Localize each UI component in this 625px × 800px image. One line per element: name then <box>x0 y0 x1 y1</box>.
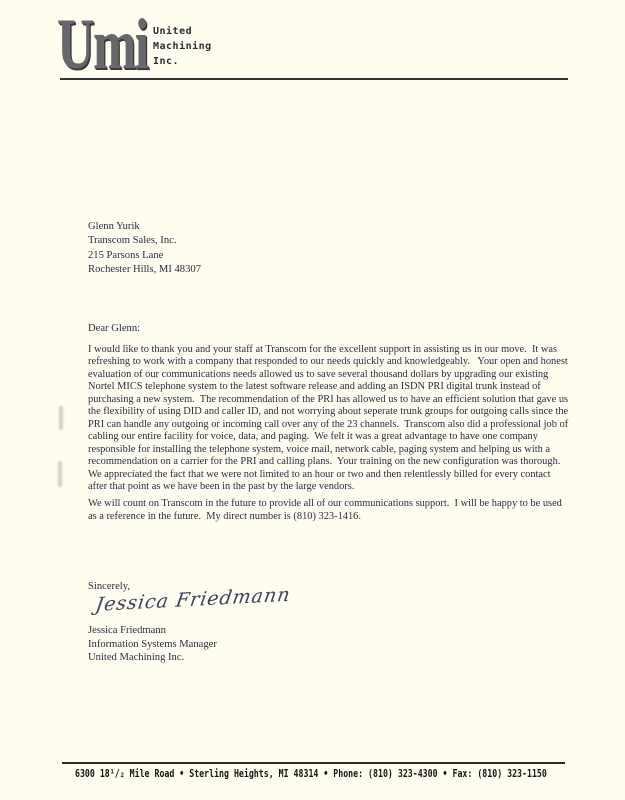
footer-rule <box>62 762 565 764</box>
signer-title: Information Systems Manager <box>88 638 217 652</box>
body-paragraph: I would like to thank you and your staff… <box>88 344 572 493</box>
recipient-company: Transcom Sales, Inc. <box>88 234 201 248</box>
signer-name: Jessica Friedmann <box>88 624 217 638</box>
recipient-city-state-zip: Rochester Hills, MI 48307 <box>88 263 201 277</box>
letter-page: Umi United Machining Inc. Glenn Yurik Tr… <box>0 0 625 800</box>
recipient-street: 215 Parsons Lane <box>88 249 201 263</box>
company-name-line: Machining <box>153 39 212 54</box>
company-name-line: United <box>153 24 212 39</box>
footer-address-phone: 6300 18¹/₂ Mile Road • Sterling Heights,… <box>75 767 547 780</box>
signer-block: Jessica Friedmann Information Systems Ma… <box>88 624 217 665</box>
header-rule <box>60 78 568 80</box>
body-paragraph: We will count on Transcom in the future … <box>88 498 572 523</box>
company-name-block: United Machining Inc. <box>153 24 212 69</box>
recipient-address-block: Glenn Yurik Transcom Sales, Inc. 215 Par… <box>88 220 201 278</box>
company-logo: Umi <box>57 8 148 80</box>
recipient-name: Glenn Yurik <box>88 220 201 234</box>
scan-smudge <box>58 461 62 487</box>
signer-company: United Machining Inc. <box>88 651 217 665</box>
closing-phrase: Sincerely, <box>88 581 130 592</box>
scan-smudge <box>59 406 63 430</box>
company-name-line: Inc. <box>153 54 212 69</box>
salutation: Dear Glenn: <box>88 323 140 336</box>
letter-body: I would like to thank you and your staff… <box>88 344 572 528</box>
